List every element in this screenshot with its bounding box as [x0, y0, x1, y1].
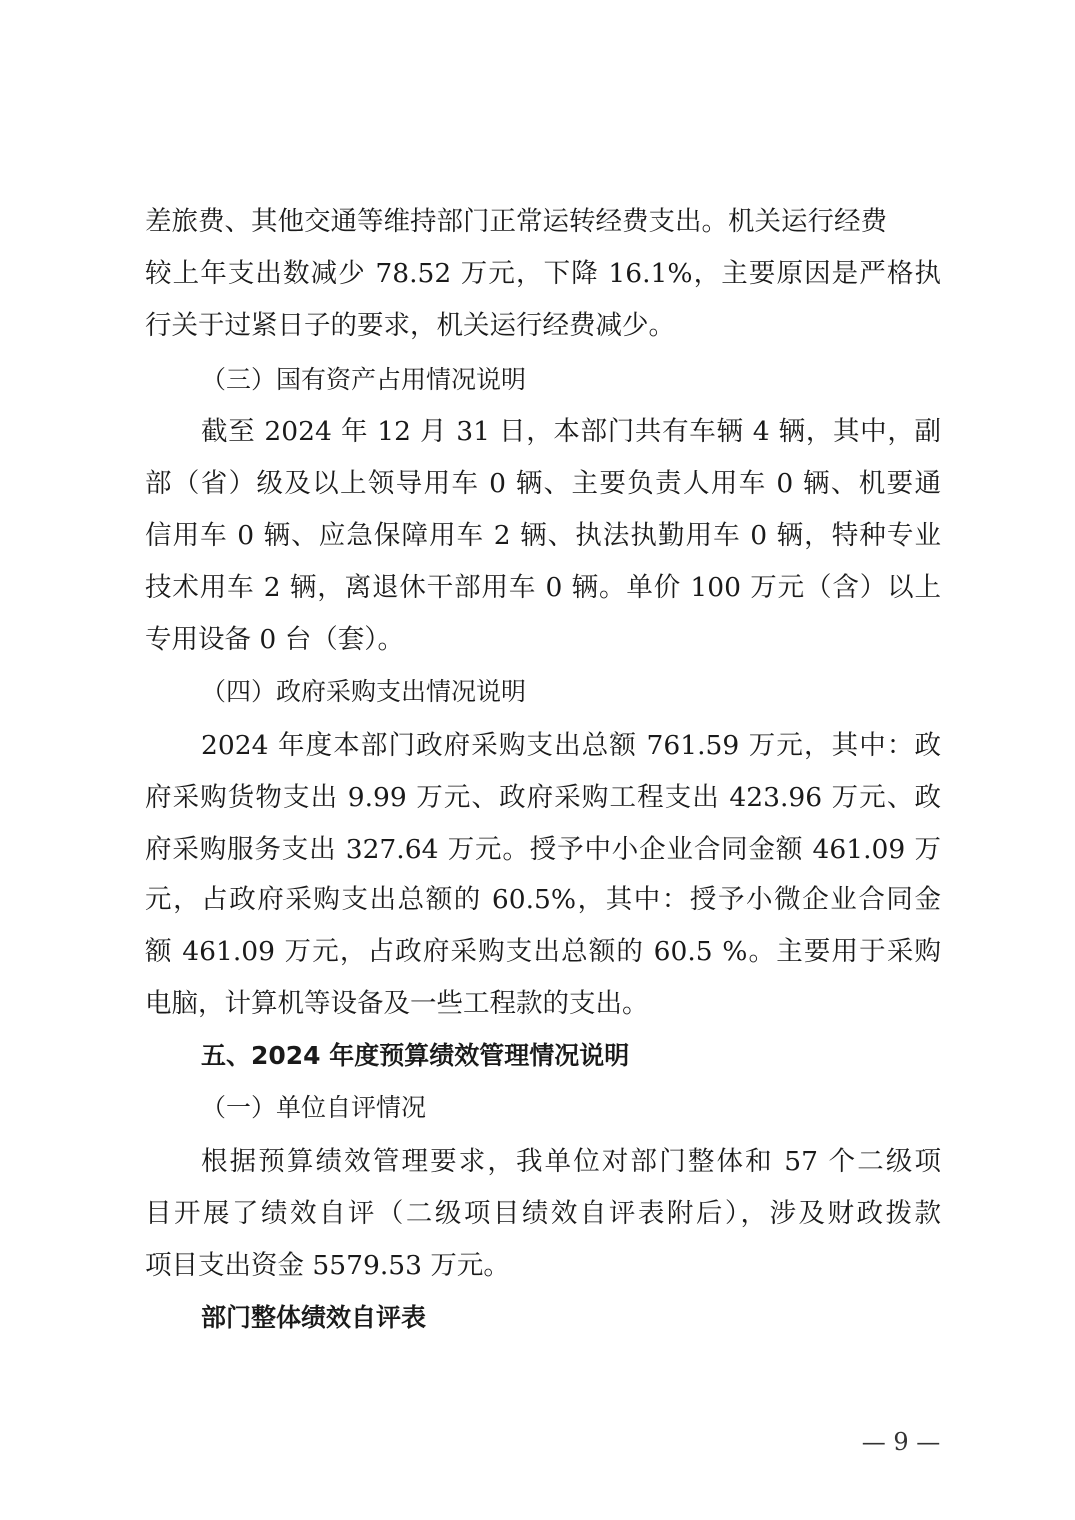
body-line: 府采购服务支出 327.64 万元。授予中小企业合同金额 461.09 万 [145, 824, 941, 876]
document-page: 差旅费、其他交通等维持部门正常运转经费支出。机关运行经费 较上年支出数减少 78… [0, 0, 1075, 1520]
body-line: 根据预算绩效管理要求，我单位对部门整体和 57 个二级项 [201, 1136, 941, 1188]
body-line: 专用设备 0 台（套）。 [145, 614, 941, 666]
body-line: 目开展了绩效自评（二级项目绩效自评表附后），涉及财政拨款 [145, 1188, 941, 1240]
body-line: 信用车 0 辆、应急保障用车 2 辆、执法执勤用车 0 辆，特种专业 [145, 510, 941, 562]
body-line: 额 461.09 万元，占政府采购支出总额的 60.5 %。主要用于采购 [145, 926, 941, 978]
body-line: 差旅费、其他交通等维持部门正常运转经费支出。机关运行经费 [145, 196, 941, 248]
body-line: 电脑，计算机等设备及一些工程款的支出。 [145, 978, 941, 1030]
body-line: 部（省）级及以上领导用车 0 辆、主要负责人用车 0 辆、机要通 [145, 458, 941, 510]
body-line: 2024 年度本部门政府采购支出总额 761.59 万元，其中：政 [201, 720, 941, 772]
body-line: 项目支出资金 5579.53 万元。 [145, 1240, 941, 1292]
section-heading: 五、2024 年度预算绩效管理情况说明 [201, 1030, 941, 1082]
body-line: 府采购货物支出 9.99 万元、政府采购工程支出 423.96 万元、政 [145, 772, 941, 824]
body-line: 较上年支出数减少 78.52 万元，下降 16.1%，主要原因是严格执 [145, 248, 941, 300]
body-line: 技术用车 2 辆，离退休干部用车 0 辆。单价 100 万元（含）以上 [145, 562, 941, 614]
section-subheading: （四）政府采购支出情况说明 [201, 666, 941, 718]
section-subheading: （三）国有资产占用情况说明 [201, 354, 941, 406]
page-number: — 9 — [856, 1428, 946, 1456]
section-subheading: （一）单位自评情况 [201, 1082, 941, 1134]
body-line: 行关于过紧日子的要求，机关运行经费减少。 [145, 300, 941, 352]
body-line: 截至 2024 年 12 月 31 日，本部门共有车辆 4 辆，其中，副 [201, 406, 941, 458]
table-title: 部门整体绩效自评表 [201, 1292, 941, 1344]
body-line: 元，占政府采购支出总额的 60.5%，其中：授予小微企业合同金 [145, 874, 941, 926]
